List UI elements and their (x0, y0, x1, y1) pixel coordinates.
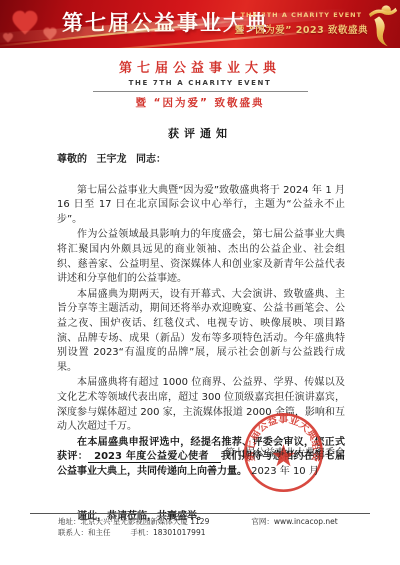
website-line: 官网：www.incacop.net (251, 517, 337, 528)
address-line: 地址：北京大兴·星光影视园新媒体大厦 1129 (58, 517, 209, 528)
greeting-line: 尊敬的 王宇龙 同志： (57, 153, 345, 168)
letter-paragraph: 第七届公益事业大典暨“因为爱”致敬盛典将于 2024 年 1 月 16 日至 1… (57, 184, 345, 228)
award-title: 2023 年度公益爱心使者 (88, 451, 221, 463)
greeting-suffix: 同志： (136, 154, 166, 165)
banner-subtitle-block: THE 7TH A CHARITY EVENT 暨 “因为爱” 2023 致敬盛… (235, 11, 368, 36)
website-value: www.incacop.net (274, 517, 338, 526)
contact-label: 联系人： (58, 528, 88, 537)
letterhead-subtitle: 暨 “因为爱” 致敬盛典 (0, 95, 400, 110)
greeting-prefix: 尊敬的 (57, 154, 87, 165)
letterhead-title: 第七届公益事业大典 (0, 57, 400, 76)
phone-label: 手机： (131, 528, 154, 537)
heart-icon (2, 32, 14, 43)
address-label: 地址： (58, 517, 81, 526)
golden-figure-icon (367, 3, 399, 47)
event-banner: 第七届公益事业大典 THE 7TH A CHARITY EVENT 暨 “因为爱… (0, 0, 400, 48)
letterhead-divider (93, 91, 308, 92)
letterhead: 第七届公益事业大典 THE 7TH A CHARITY EVENT 暨 “因为爱… (0, 48, 400, 141)
address-value: 北京大兴·星光影视园新媒体大厦 1129 (81, 517, 210, 526)
heart-icon (42, 26, 58, 41)
notice-title: 获评通知 (0, 125, 400, 141)
letterhead-title-en: THE 7TH A CHARITY EVENT (0, 79, 400, 87)
recipient-name: 王宇龙 (96, 154, 126, 165)
notice-letter-page: 第七届公益事业大典 THE 7TH A CHARITY EVENT 暨 “因为爱… (0, 0, 400, 565)
phone-value: 18301017991 (153, 528, 206, 537)
heart-icon (10, 8, 40, 36)
footer-row: 联系人：和主任 手机：18301017991 (30, 528, 370, 539)
signature-committee: 第七届公益事业大典组委会 (210, 444, 360, 459)
website-label: 官网： (251, 517, 274, 526)
phone-line: 手机：18301017991 (131, 528, 206, 539)
letter-paragraph: 本届盛典为期两天，设有开幕式、大会演讲、致敬盛典、主旨分享等主题活动，期间还将举… (57, 288, 345, 376)
banner-subtitle-cn: 暨 “因为爱” 2023 致敬盛典 (235, 22, 368, 36)
letter-paragraph: 作为公益领域最具影响力的年度盛会，第七届公益事业大典将汇聚国内外颇具远见的商业领… (57, 228, 345, 286)
banner-subtitle-en: THE 7TH A CHARITY EVENT (235, 11, 368, 19)
contact-value: 和主任 (88, 528, 111, 537)
contact-line: 联系人：和主任 (58, 528, 111, 539)
letter-footer: 地址：北京大兴·星光影视园新媒体大厦 1129 官网：www.incacop.n… (30, 513, 370, 538)
footer-row: 地址：北京大兴·星光影视园新媒体大厦 1129 官网：www.incacop.n… (30, 517, 370, 528)
signature-date: 2023 年 10 月 (210, 462, 360, 477)
